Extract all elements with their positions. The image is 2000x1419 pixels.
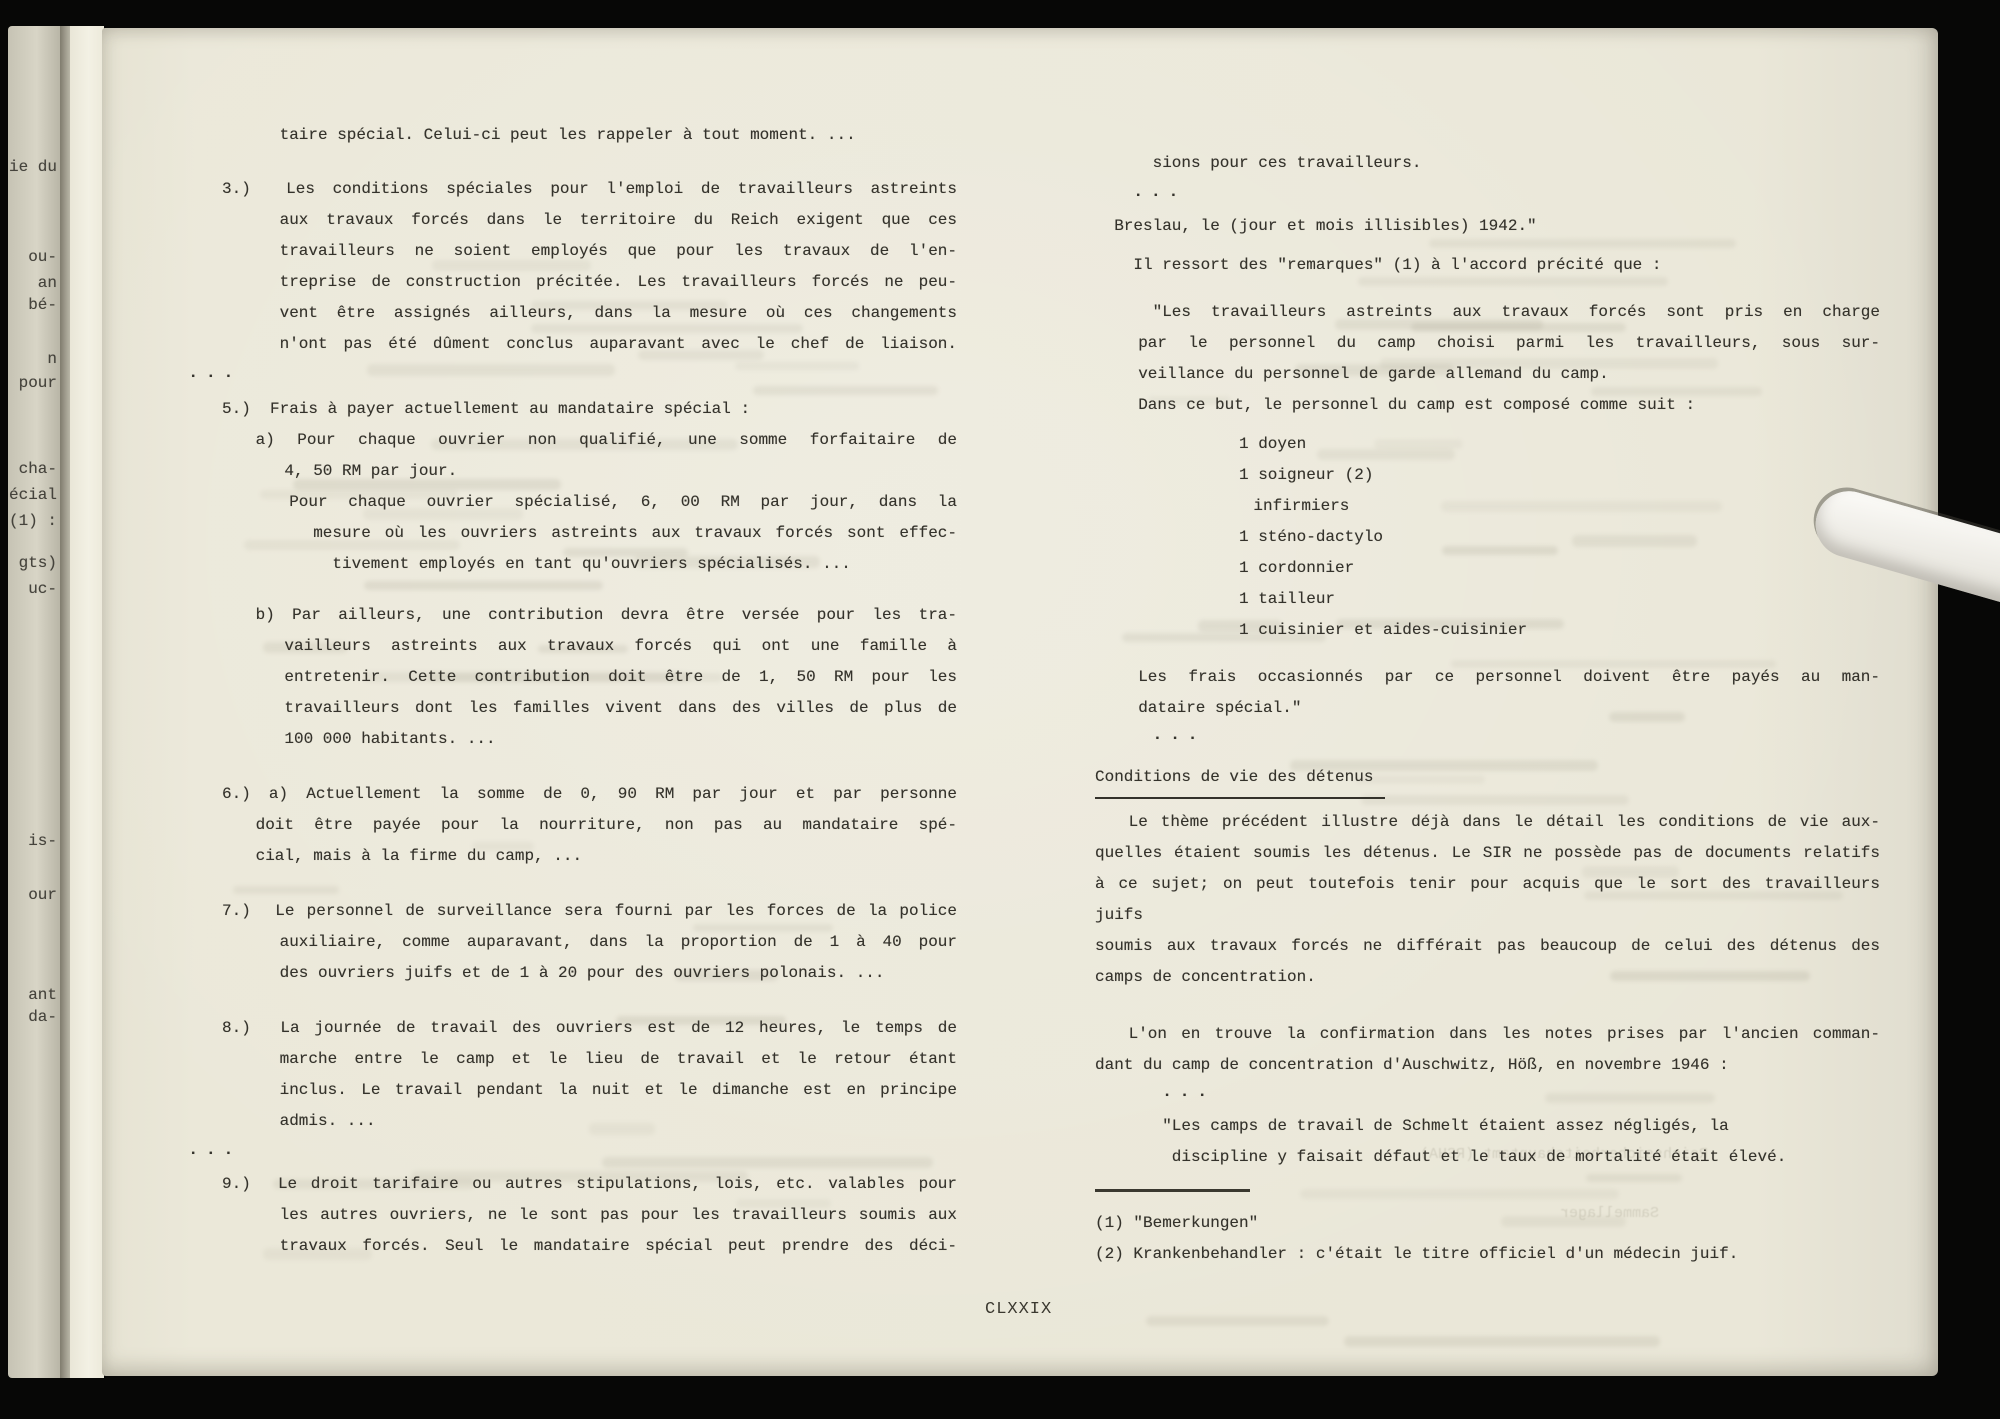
facing-page-text-fragment: an: [38, 274, 57, 292]
text-line: veillance du personnel de garde allemand…: [1095, 359, 1880, 390]
text-line: 9.) Le droit tarifaire ou autres stipula…: [222, 1169, 957, 1200]
text-line: Pour chaque ouvrier spécialisé, 6, 00 RM…: [222, 487, 957, 518]
text-line: par le personnel du camp choisi parmi le…: [1095, 328, 1880, 359]
facing-page-text-fragment: bé-: [28, 296, 57, 314]
ellipsis-mark: ...: [1095, 1081, 1880, 1105]
paragraph: 8.) La journée de travail des ouvriers e…: [222, 1013, 957, 1137]
facing-page-text-fragment: gts): [19, 554, 57, 572]
text-line: entretenir. Cette contribution doit être…: [222, 662, 957, 693]
ellipsis-text: ...: [188, 362, 957, 393]
text-line: dant du camp de concentration d'Auschwit…: [1095, 1050, 1880, 1081]
text-line: (1) "Bemerkungen": [1095, 1208, 1880, 1239]
text-line: mesure où les ouvriers astreints aux tra…: [222, 518, 957, 549]
text-line: 100 000 habitants. ...: [222, 724, 957, 755]
text-line: Breslau, le (jour et mois illisibles) 19…: [1095, 211, 1880, 242]
text-line: des ouvriers juifs et de 1 à 20 pour des…: [222, 958, 957, 989]
text-line: b) Par ailleurs, une contribution devra …: [222, 600, 957, 631]
text-line: auxiliaire, comme auparavant, dans la pr…: [222, 927, 957, 958]
paragraph: "Les travailleurs astreints aux travaux …: [1095, 297, 1880, 421]
ellipsis-mark: ...: [222, 1139, 957, 1163]
facing-page-text-fragment: ant: [28, 986, 57, 1004]
text-line: 1 doyen: [1095, 429, 1880, 460]
text-line: 1 tailleur: [1095, 584, 1880, 615]
text-line: 3.) Les conditions spéciales pour l'empl…: [222, 174, 957, 205]
left-column: taire spécial. Celui-ci peut les rappele…: [222, 120, 957, 1262]
paragraph: 7.) Le personnel de surveillance sera fo…: [222, 896, 957, 989]
text-line: tivement employés en tant qu'ouvriers sp…: [222, 549, 957, 580]
text-line: n'ont pas été dûment conclus auparavant …: [222, 329, 957, 360]
ellipsis-text: ...: [1095, 1081, 1880, 1112]
text-line: quelles étaient soumis les détenus. Le S…: [1095, 838, 1880, 869]
text-line: 1 sténo-dactylo: [1095, 522, 1880, 553]
text-line: doit être payée pour la nourriture, non …: [222, 810, 957, 841]
ellipsis-text: ...: [188, 1139, 957, 1170]
text-line: 4, 50 RM par jour.: [222, 456, 957, 487]
text-line: les autres ouvriers, ne le sont pas pour…: [222, 1200, 957, 1231]
text-line: aux travaux forcés dans le territoire du…: [222, 205, 957, 236]
text-line: "Les camps de travail de Schmelt étaient…: [1095, 1111, 1880, 1142]
text-line: infirmiers: [1095, 491, 1880, 522]
text-line: Il ressort des "remarques" (1) à l'accor…: [1095, 250, 1880, 281]
text-line: 1 soigneur (2): [1095, 460, 1880, 491]
text-line: 5.) Frais à payer actuellement au mandat…: [222, 394, 957, 425]
text-line: discipline y faisait défaut et le taux d…: [1095, 1142, 1880, 1173]
paragraph: Breslau, le (jour et mois illisibles) 19…: [1095, 211, 1880, 242]
page-fore-edge: [70, 26, 104, 1378]
text-line: camps de concentration.: [1095, 962, 1880, 993]
text-line: 7.) Le personnel de surveillance sera fo…: [222, 896, 957, 927]
paragraph: 1 doyen1 soigneur (2)infirmiers1 sténo-d…: [1095, 429, 1880, 646]
ink-bleed-ghost: [1146, 1316, 1329, 1326]
facing-page-text-fragment: is-: [28, 832, 57, 850]
text-line: Le thème précédent illustre déjà dans le…: [1095, 807, 1880, 838]
facing-page-text-fragment: pécial: [8, 486, 57, 504]
book-scan: sie duou-anbé-npourit cha-pécial(1) :gts…: [0, 0, 2000, 1419]
ellipsis-mark: ...: [1095, 181, 1880, 205]
text-line: 1 cuisinier et aides-cuisinier: [1095, 615, 1880, 646]
text-line: à ce sujet; on peut toutefois tenir pour…: [1095, 869, 1880, 931]
paragraph: 5.) Frais à payer actuellement au mandat…: [222, 394, 957, 580]
facing-page-text-fragment: uc-: [28, 580, 57, 598]
text-line: travailleurs ne soient employés que pour…: [222, 236, 957, 267]
text-line: a) Pour chaque ouvrier non qualifié, une…: [222, 425, 957, 456]
facing-page-text-fragment: our: [28, 886, 57, 904]
text-line: Dans ce but, le personnel du camp est co…: [1095, 390, 1880, 421]
paragraph: Les frais occasionnés par ce personnel d…: [1095, 662, 1880, 724]
text-line: treprise de construction précitée. Les t…: [222, 267, 957, 298]
footnote-rule-line: [1095, 1189, 1250, 1192]
facing-page-text-fragment: n: [47, 350, 57, 368]
facing-page-text-fragment: it cha-: [8, 460, 57, 478]
text-line: 1 cordonnier: [1095, 553, 1880, 584]
text-line: taire spécial. Celui-ci peut les rappele…: [222, 120, 957, 151]
document-page: Reichssicherheitshauptamt (RSHA)Sammella…: [102, 28, 1938, 1376]
facing-page-text-fragment: pour: [19, 374, 57, 392]
text-line: 8.) La journée de travail des ouvriers e…: [222, 1013, 957, 1044]
text-line: soumis aux travaux forcés ne différait p…: [1095, 931, 1880, 962]
text-line: vailleurs astreints aux travaux forcés q…: [222, 631, 957, 662]
facing-page-sliver: sie duou-anbé-npourit cha-pécial(1) :gts…: [8, 26, 60, 1378]
text-line: Les frais occasionnés par ce personnel d…: [1095, 662, 1880, 693]
text-line: marche entre le camp et le lieu de trava…: [222, 1044, 957, 1075]
ellipsis-text: ...: [1095, 181, 1880, 212]
text-line: vent être assignés ailleurs, dans la mes…: [222, 298, 957, 329]
text-line: dataire spécial.": [1095, 693, 1880, 724]
text-line: admis. ...: [222, 1106, 957, 1137]
paragraph: taire spécial. Celui-ci peut les rappele…: [222, 120, 957, 151]
ellipsis-mark: ...: [222, 362, 957, 386]
text-line: sions pour ces travailleurs.: [1095, 148, 1880, 179]
text-line: "Les travailleurs astreints aux travaux …: [1095, 297, 1880, 328]
paragraph: (1) "Bemerkungen"(2) Krankenbehandler : …: [1095, 1208, 1880, 1270]
text-line: cial, mais à la firme du camp, ...: [222, 841, 957, 872]
paragraph: sions pour ces travailleurs.: [1095, 148, 1880, 179]
facing-page-text-fragment: ou-: [28, 248, 57, 266]
text-line: 6.) a) Actuellement la somme de 0, 90 RM…: [222, 779, 957, 810]
gutter-crease: [60, 26, 70, 1378]
page-number: CLXXIX: [985, 1300, 1052, 1319]
paragraph: b) Par ailleurs, une contribution devra …: [222, 600, 957, 755]
ink-bleed-ghost: [1344, 1336, 1660, 1347]
footnote-rule: [1095, 1189, 1250, 1192]
text-line: L'on en trouve la confirmation dans les …: [1095, 1019, 1880, 1050]
right-column: sions pour ces travailleurs....Breslau, …: [1095, 148, 1880, 1270]
facing-page-text-fragment: da-: [28, 1008, 57, 1026]
facing-page-text-fragment: (1) :: [9, 512, 57, 530]
paragraph: 6.) a) Actuellement la somme de 0, 90 RM…: [222, 779, 957, 872]
ellipsis-mark: ...: [1095, 724, 1880, 748]
facing-page-text-fragment: sie du: [8, 158, 57, 176]
section-heading: Conditions de vie des détenus: [1095, 762, 1880, 799]
paragraph: 9.) Le droit tarifaire ou autres stipula…: [222, 1169, 957, 1262]
paragraph: "Les camps de travail de Schmelt étaient…: [1095, 1111, 1880, 1173]
paragraph: 3.) Les conditions spéciales pour l'empl…: [222, 174, 957, 360]
text-line: inclus. Le travail pendant la nuit et le…: [222, 1075, 957, 1106]
paragraph: L'on en trouve la confirmation dans les …: [1095, 1019, 1880, 1081]
ellipsis-text: ...: [1095, 724, 1880, 755]
text-line: (2) Krankenbehandler : c'était le titre …: [1095, 1239, 1880, 1270]
text-line: travailleurs dont les familles vivent da…: [222, 693, 957, 724]
paragraph: Il ressort des "remarques" (1) à l'accor…: [1095, 250, 1880, 281]
paragraph: Le thème précédent illustre déjà dans le…: [1095, 807, 1880, 993]
section-heading-text: Conditions de vie des détenus: [1095, 762, 1385, 799]
text-line: travaux forcés. Seul le mandataire spéci…: [222, 1231, 957, 1262]
